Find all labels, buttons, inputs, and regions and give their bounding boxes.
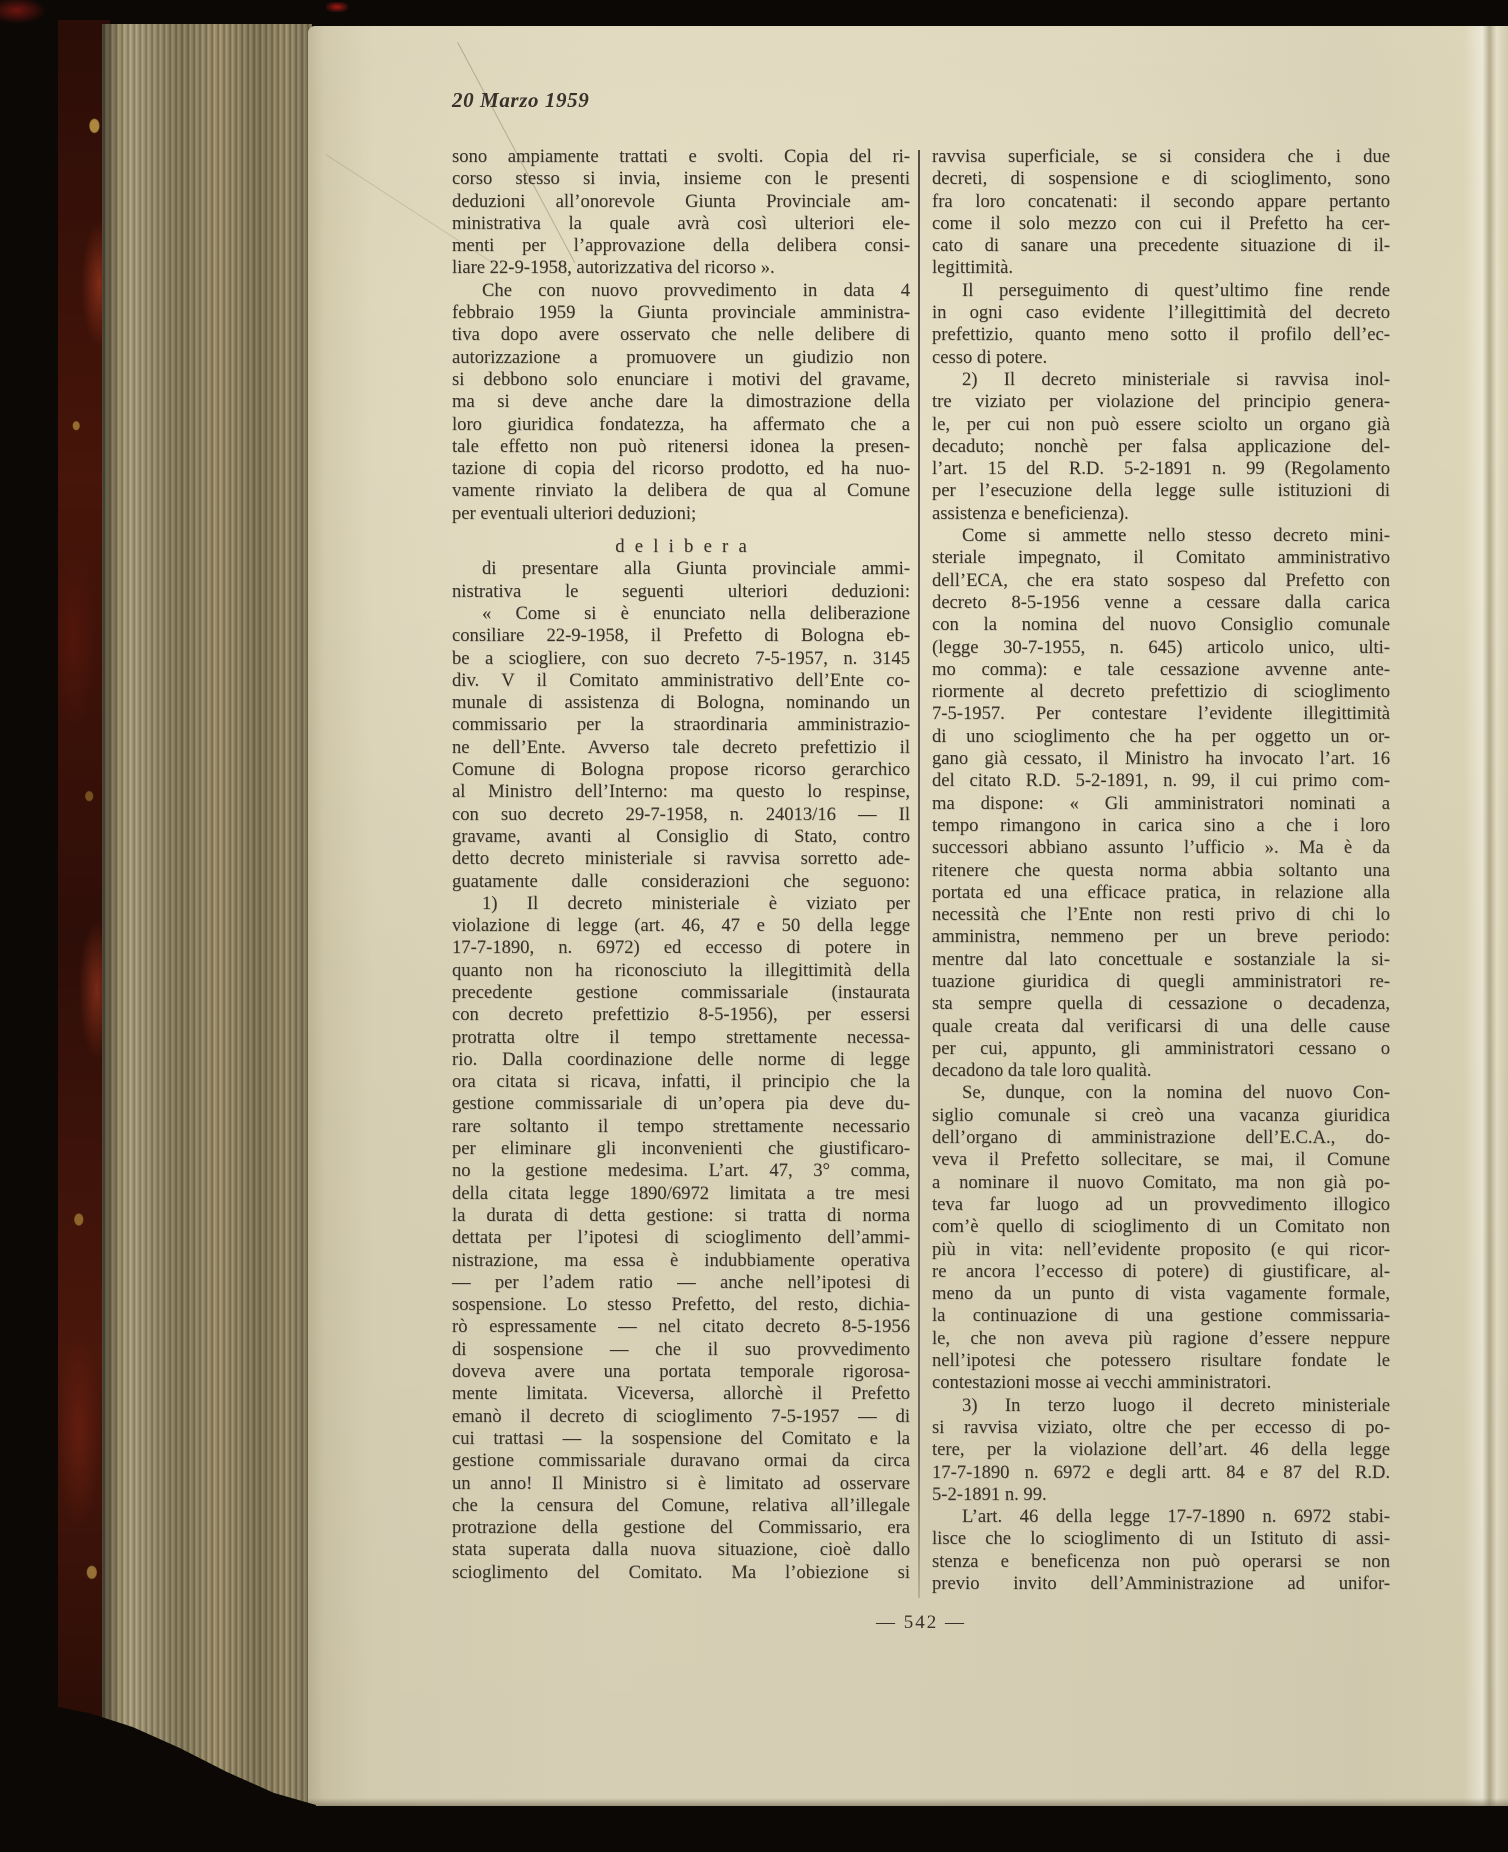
paragraph: di presentare alla Giunta provinciale am…	[452, 558, 910, 603]
text-line: stenza e beneficenza non può operarsi se…	[932, 1551, 1390, 1573]
text-line: com’è quello di scioglimento di un Comit…	[932, 1216, 1390, 1238]
text-line: dell’ECA, che era stato sospeso dal Pref…	[932, 570, 1390, 592]
text-line: rare soltanto il tempo strettamente nece…	[452, 1116, 910, 1138]
text-line: si ravvisa viziato, oltre che per eccess…	[932, 1417, 1390, 1439]
text-line: ne dell’Ente. Avverso tale decreto prefe…	[452, 737, 910, 759]
text-line: assistenza e beneficienza).	[932, 503, 1390, 525]
text-line: amministra, nemmeno per un breve periodo…	[932, 926, 1390, 948]
text-line: portata ed una efficace pratica, in rela…	[932, 882, 1390, 904]
text-line: siglio comunale si creò una vacanza giur…	[932, 1105, 1390, 1127]
text-line: di sospensione — che il suo provvediment…	[452, 1339, 910, 1361]
text-line: be a sciogliere, con suo decreto 7-5-195…	[452, 648, 910, 670]
text-line: teva far luogo ad un provvedimento illog…	[932, 1194, 1390, 1216]
text-line: Come si ammette nello stesso decreto min…	[932, 525, 1390, 547]
text-line: re ancora l’eccesso di potere) di giusti…	[932, 1261, 1390, 1283]
page-fold	[1464, 26, 1508, 1806]
text-line: ritenere che questa norma abbia soltanto…	[932, 860, 1390, 882]
text-line: steriale impegnato, il Comitato amminist…	[932, 547, 1390, 569]
text-line: liare 22-9-1958, autorizzativa del ricor…	[452, 257, 910, 279]
text-line: previo invito dell’Amministrazione ad un…	[932, 1573, 1390, 1595]
text-line: per eventuali ulteriori deduzioni;	[452, 503, 910, 525]
text-line: protrazione della gestione del Commissar…	[452, 1517, 910, 1539]
book-scan: 20 Marzo 1959 sono ampiamente trattati e…	[0, 0, 1508, 1852]
paragraph: « Come si è enunciato nella deliberazion…	[452, 603, 910, 893]
text-line: stata superata dalla nuova situazione, c…	[452, 1539, 910, 1561]
text-line: menti per l’approvazione della delibera …	[452, 235, 910, 257]
text-line: successori abbiano assunto l’ufficio ». …	[932, 837, 1390, 859]
text-line: 3) In terzo luogo il decreto ministerial…	[932, 1395, 1390, 1417]
text-line: della citata legge 1890/6972 limitata a …	[452, 1183, 910, 1205]
paragraph: sono ampiamente trattati e svolti. Copia…	[452, 146, 910, 280]
text-line: protratta oltre il tempo strettamente ne…	[452, 1027, 910, 1049]
paragraph: 2) Il decreto ministeriale si ravvisa in…	[932, 369, 1390, 525]
text-line: vamente rinviato la delibera de qua al C…	[452, 480, 910, 502]
text-line: munale di assistenza di Bologna, nominan…	[452, 692, 910, 714]
text-line: detto decreto ministeriale si ravvisa so…	[452, 848, 910, 870]
text-line: (legge 30-7-1955, n. 645) articolo unico…	[932, 637, 1390, 659]
text-line: dettata per l’ipotesi di scioglimento de…	[452, 1227, 910, 1249]
text-line: tiva dopo avere osservato che nelle deli…	[452, 324, 910, 346]
header-date: 20 Marzo 1959	[452, 88, 589, 113]
text-line: cesso di potere.	[932, 347, 1390, 369]
red-mark-tick	[326, 2, 348, 12]
text-line: a nominare il nuovo Comitato, ma non già…	[932, 1172, 1390, 1194]
page-number: — 542 —	[452, 1612, 1390, 1634]
text-line: le, che non aveva più ragione d’essere n…	[932, 1328, 1390, 1350]
paragraph: Che con nuovo provvedimento in data 4feb…	[452, 280, 910, 525]
text-line: per l’esecuzione della legge sulle istit…	[932, 480, 1390, 502]
text-line: al Ministro dell’Interno: ma questo lo r…	[452, 781, 910, 803]
text-line: meno da un punto di vista vagamente form…	[932, 1283, 1390, 1305]
text-line: sta sempre quella di cessazione o decade…	[932, 993, 1390, 1015]
text-line: riormente al decreto prefettizio di scio…	[932, 681, 1390, 703]
text-line: cato di sanare una precedente situazione…	[932, 235, 1390, 257]
section-heading: delibera	[452, 536, 910, 558]
text-line: di presentare alla Giunta provinciale am…	[452, 558, 910, 580]
text-line: ministrativa la quale avrà così ulterior…	[452, 213, 910, 235]
text-line: che la censura del Comune, relativa all’…	[452, 1495, 910, 1517]
text-line: tere, per la violazione dell’art. 46 del…	[932, 1439, 1390, 1461]
text-line: la durata di detta gestione: si tratta d…	[452, 1205, 910, 1227]
text-line: si debbono solo enunciare i motivi del g…	[452, 369, 910, 391]
text-line: le, per cui non può essere sciolto un or…	[932, 414, 1390, 436]
text-line: div. V il Comitato amministrativo dell’E…	[452, 670, 910, 692]
text-line: lisce che lo scioglimento di un Istituto…	[932, 1528, 1390, 1550]
text-line: necessità che l’Ente non resti privo di …	[932, 904, 1390, 926]
text-line: corso stesso si invia, insieme con le pr…	[452, 168, 910, 190]
text-line: L’art. 46 della legge 17-7-1890 n. 6972 …	[932, 1506, 1390, 1528]
text-line: rò espressamente — nel citato decreto 8-…	[452, 1316, 910, 1338]
text-line: ravvisa superficiale, se si considera ch…	[932, 146, 1390, 168]
text-line: con la nomina del nuovo Consiglio comuna…	[932, 614, 1390, 636]
text-line: fra loro concatenati: il secondo appare …	[932, 191, 1390, 213]
text-line: l’art. 15 del R.D. 5-2-1891 n. 99 (Regol…	[932, 458, 1390, 480]
text-line: ora citata si ricava, infatti, il princi…	[452, 1071, 910, 1093]
text-line: tazione di copia del ricorso prodotto, e…	[452, 458, 910, 480]
text-line: tale effetto non può ritenersi idonea la…	[452, 436, 910, 458]
column-right: ravvisa superficiale, se si considera ch…	[932, 146, 1390, 1595]
text-line: guatamente dalle considerazioni che segu…	[452, 871, 910, 893]
text-line: per eliminare gli inconvenienti che gius…	[452, 1138, 910, 1160]
text-line: decreto 8-5-1956 venne a cessare dalla c…	[932, 592, 1390, 614]
text-line: mo comma): e tale cessazione avvenne ant…	[932, 659, 1390, 681]
text-line: cui trattasi — la sospensione del Comita…	[452, 1428, 910, 1450]
text-line: ma si deve anche dare la dimostrazione d…	[452, 391, 910, 413]
text-line: Il perseguimento di quest’ultimo fine re…	[932, 280, 1390, 302]
text-line: 17-7-1890 n. 6972 e degli artt. 84 e 87 …	[932, 1462, 1390, 1484]
text-line: più in vita: nell’evidente proposito (e …	[932, 1239, 1390, 1261]
text-line: decaduto; nonchè per falsa applicazione …	[932, 436, 1390, 458]
text-line: Che con nuovo provvedimento in data 4	[452, 280, 910, 302]
text-line: nistrazione, ma essa è indubbiamente ope…	[452, 1250, 910, 1272]
text-line: — per l’adem ratio — anche nell’ipotesi …	[452, 1272, 910, 1294]
text-line: gravame, avanti al Consiglio di Stato, c…	[452, 826, 910, 848]
page-bottom-edge	[308, 1798, 1508, 1806]
text-line: 1) Il decreto ministeriale è viziato per	[452, 893, 910, 915]
paragraph: ravvisa superficiale, se si considera ch…	[932, 146, 1390, 280]
text-line: un anno! Il Ministro si è limitato ad os…	[452, 1473, 910, 1495]
text-line: rio. Dalla coordinazione delle norme di …	[452, 1049, 910, 1071]
text-line: di uno scioglimento che ha per oggetto u…	[932, 726, 1390, 748]
text-line: tempo rimangono in carica sino a che i l…	[932, 815, 1390, 837]
text-line: no la gestione medesima. L’art. 47, 3° c…	[452, 1160, 910, 1182]
paragraph: 1) Il decreto ministeriale è viziato per…	[452, 893, 910, 1584]
text-line: con decreto prefettizio 8-5-1956), per e…	[452, 1004, 910, 1026]
paragraph: 3) In terzo luogo il decreto ministerial…	[932, 1395, 1390, 1506]
text-line: 17-7-1890, n. 6972) ed eccesso di potere…	[452, 937, 910, 959]
text-line: come il solo mezzo con cui il Prefetto h…	[932, 213, 1390, 235]
text-line: sono ampiamente trattati e svolti. Copia…	[452, 146, 910, 168]
text-line: decreti, di sospensione e di sciogliment…	[932, 168, 1390, 190]
text-line: deduzioni all’onorevole Giunta Provincia…	[452, 191, 910, 213]
text-line: dell’organo di amministrazione dell’E.C.…	[932, 1127, 1390, 1149]
page-stack-fore-edge	[102, 24, 312, 1806]
text-line: tre viziato per violazione del principio…	[932, 391, 1390, 413]
text-line: quale creata dal verificarsi di una dell…	[932, 1016, 1390, 1038]
text-line: Comune di Bologna propose ricorso gerarc…	[452, 759, 910, 781]
text-line: quanto non ha riconosciuto la illegittim…	[452, 960, 910, 982]
red-mark-corner	[0, 0, 56, 26]
text-line: autorizzazione a promuovere un giudizio …	[452, 347, 910, 369]
paragraph: L’art. 46 della legge 17-7-1890 n. 6972 …	[932, 1506, 1390, 1595]
text-line: tuazione giuridica di quegli amministrat…	[932, 971, 1390, 993]
paragraph: Se, dunque, con la nomina del nuovo Con-…	[932, 1082, 1390, 1394]
text-line: nell’ipotesi che potessero risultare fon…	[932, 1350, 1390, 1372]
text-line: doveva avere una portata temporale rigor…	[452, 1361, 910, 1383]
text-line: 2) Il decreto ministeriale si ravvisa in…	[932, 369, 1390, 391]
text-line: del citato R.D. 5-2-1891, n. 99, il cui …	[932, 770, 1390, 792]
column-divider-rule	[918, 150, 920, 1598]
text-line: gestione commissariale di un’opera pia d…	[452, 1093, 910, 1115]
text-line: decadono da tale loro qualità.	[932, 1060, 1390, 1082]
text-line: contestazioni mosse ai vecchi amministra…	[932, 1372, 1390, 1394]
text-line: prefettizio, quanto meno sotto il profil…	[932, 324, 1390, 346]
text-line: sospensione. Lo stesso Prefetto, del res…	[452, 1294, 910, 1316]
text-line: « Come si è enunciato nella deliberazion…	[452, 603, 910, 625]
text-line: mente limitata. Viceversa, allorchè il P…	[452, 1383, 910, 1405]
text-line: scioglimento del Comitato. Ma l’obiezion…	[452, 1562, 910, 1584]
text-line: gestione commissariale duravano ormai da…	[452, 1450, 910, 1472]
text-line: la continuazione di una gestione commiss…	[932, 1305, 1390, 1327]
text-line: veva il Prefetto sollecitare, se mai, il…	[932, 1149, 1390, 1171]
text-line: loro giuridica fondatezza, ha affermato …	[452, 414, 910, 436]
text-line: precedente gestione commissariale (insta…	[452, 982, 910, 1004]
text-line: nistrativa le seguenti ulteriori deduzio…	[452, 581, 910, 603]
text-line: con suo decreto 29-7-1958, n. 24013/16 —…	[452, 804, 910, 826]
text-line: per cui, appunto, gli amministratori ces…	[932, 1038, 1390, 1060]
paragraph: Come si ammette nello stesso decreto min…	[932, 525, 1390, 1082]
text-line: consiliare 22-9-1958, il Prefetto di Bol…	[452, 625, 910, 647]
text-line: Se, dunque, con la nomina del nuovo Con-	[932, 1082, 1390, 1104]
open-page: 20 Marzo 1959 sono ampiamente trattati e…	[308, 26, 1508, 1806]
text-line: legittimità.	[932, 257, 1390, 279]
text-line: gano già cessato, il Ministro ha invocat…	[932, 748, 1390, 770]
column-left: sono ampiamente trattati e svolti. Copia…	[452, 146, 910, 1584]
text-line: febbraio 1959 la Giunta provinciale ammi…	[452, 302, 910, 324]
text-line: 5-2-1891 n. 99.	[932, 1484, 1390, 1506]
text-line: mentre dal lato concettuale e sostanzial…	[932, 949, 1390, 971]
text-line: commissario per la straordinaria amminis…	[452, 714, 910, 736]
text-line: violazione di legge (art. 46, 47 e 50 de…	[452, 915, 910, 937]
text-line: emanò il decreto di scioglimento 7-5-195…	[452, 1406, 910, 1428]
paragraph: Il perseguimento di quest’ultimo fine re…	[932, 280, 1390, 369]
text-line: 7-5-1957. Per contestare l’evidente ille…	[932, 703, 1390, 725]
text-line: in ogni caso evidente l’illegittimità de…	[932, 302, 1390, 324]
text-line: ma dispone: « Gli amministratori nominat…	[932, 793, 1390, 815]
